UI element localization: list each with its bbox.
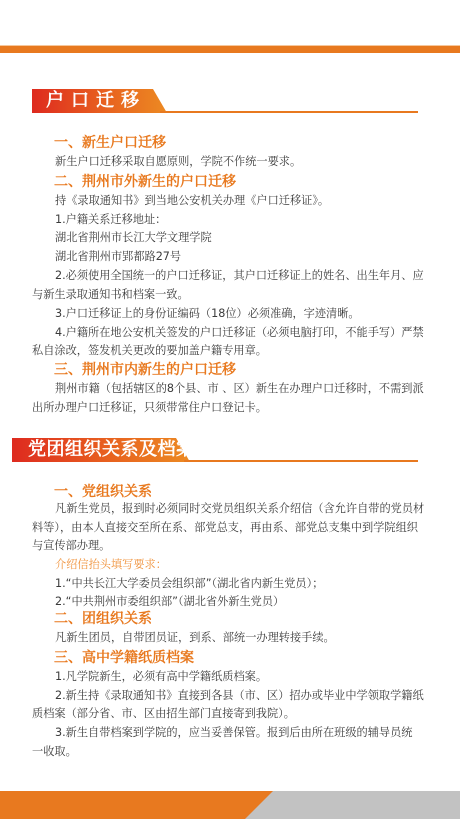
subheading: 三、高中学籍纸质档案 xyxy=(54,649,194,667)
top-orange-bar xyxy=(0,46,460,53)
subheading: 三、荆州市内新生的户口迁移 xyxy=(54,361,236,379)
subheading: 二、团组织关系 xyxy=(54,610,152,628)
list-item: 1.凡学院新生，必须有高中学籍纸质档案。 xyxy=(55,669,267,685)
paragraph: 与新生录取通知书和档案一致。 xyxy=(32,287,189,303)
paragraph: 新生户口迁移采取自愿原则，学院不作统一要求。 xyxy=(55,154,301,170)
paragraph: 凡新生团员，自带团员证，到系、部统一办理转接手续。 xyxy=(55,630,335,646)
subheading: 一、新生户口迁移 xyxy=(54,134,166,152)
list-item: 一收取。 xyxy=(32,744,77,760)
paragraph: 出所办理户口迁移证，只须带常住户口登记卡。 xyxy=(32,400,267,416)
paragraph: 与宣传部办理。 xyxy=(32,538,110,554)
paragraph: 荆州市籍（包括辖区的8个县、市 、区）新生在办理户口迁移时，不需到派 xyxy=(55,381,424,397)
address-line: 湖北省荆州市长江大学文理学院 xyxy=(55,230,212,246)
paragraph: 凡新生党员，报到时必须同时交党员组织关系介绍信（含允许自带的党员材 xyxy=(55,501,424,517)
list-item: 1.“中共长江大学委员会组织部”（湖北省内新生党员）； xyxy=(55,576,323,592)
paragraph: 4.户籍所在地公安机关签发的户口迁移证（必须电脑打印，不能手写）严禁 xyxy=(55,325,424,341)
section-header-party: 党团组织关系及档案 xyxy=(32,438,418,462)
section-header-hukou: 户口迁移 xyxy=(32,89,418,113)
paragraph: 2.必须使用全国统一的户口迁移证，其户口迁移证上的姓名、出生年月、应 xyxy=(55,268,424,284)
list-item: 质档案（部分省、市、区由招生部门直接寄到我院）。 xyxy=(32,706,295,722)
section-title: 党团组织关系及档案 xyxy=(28,440,195,460)
paragraph: 持《录取通知书》到当地公安机关办理《户口迁移证》。 xyxy=(55,193,329,209)
section-title: 户口迁移 xyxy=(46,91,146,111)
section-rule xyxy=(184,460,418,462)
list-item: 3.新生自带档案到学院的，应当妥善保管。报到后由所在班级的辅导员统 xyxy=(55,725,413,741)
list-item: 2.“中共荆州市委组织部”（湖北省外新生党员） xyxy=(55,594,284,610)
paragraph: 私自涂改，签发机关更改的要加盖户籍专用章。 xyxy=(32,343,267,359)
paragraph: 1.户籍关系迁移地址： xyxy=(55,212,166,228)
section-rule xyxy=(160,111,418,113)
note-heading: 介绍信抬头填写要求： xyxy=(55,557,167,573)
subheading: 一、党组织关系 xyxy=(54,483,152,501)
paragraph: 3.户口迁移证上的身份证编码（18位）必须准确，字迹清晰。 xyxy=(55,306,360,322)
address-line: 湖北省荆州市郢都路27号 xyxy=(55,249,181,265)
list-item: 2.新生持《录取通知书》直接到各县（市、区）招办或毕业中学领取学籍纸 xyxy=(55,688,424,704)
subheading: 二、荆州市外新生的户口迁移 xyxy=(54,173,236,191)
paragraph: 料等），由本人直接交至所在系、部党总支，再由系、部党总支集中到学院组织 xyxy=(32,520,418,536)
